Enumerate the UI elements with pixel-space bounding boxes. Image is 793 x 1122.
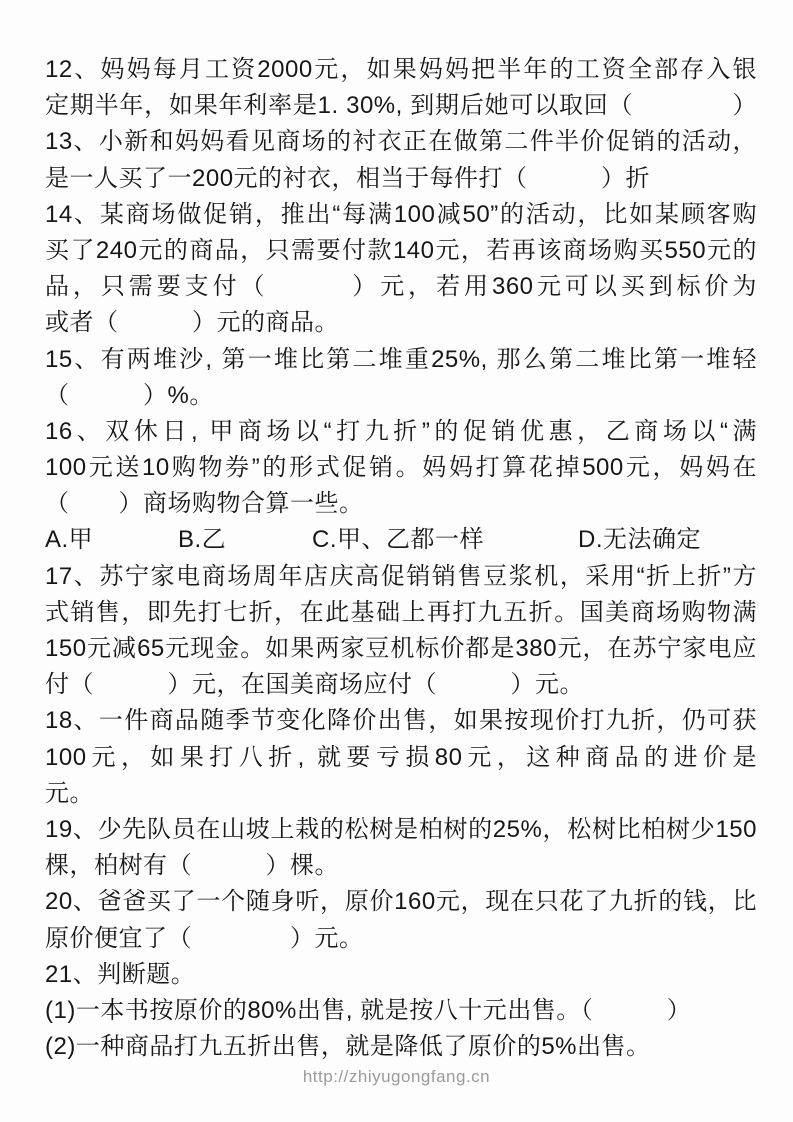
question-line: 定期半年，如果年利率是1. 30%, 到期后她可以取回（ ）元。 [45, 88, 757, 124]
question-line: 买了240元的商品，只需要付款140元，若再该商场购买550元的商 [45, 233, 757, 269]
choice-options-row: A.甲 B.乙 C.甲、乙都一样 D.无法确定 [45, 522, 757, 558]
question-17: 17、苏宁家电商场周年店庆高促销销售豆浆机，采用“折上折”方 式销售，即先打七折… [45, 559, 757, 704]
option-d: D.无法确定 [578, 522, 701, 558]
question-14: 14、某商场做促销，推出“每满100减50”的活动，比如某顾客购 买了240元的… [45, 197, 757, 342]
question-line: 14、某商场做促销，推出“每满100减50”的活动，比如某顾客购 [45, 197, 757, 233]
question-line: 100元送10购物券”的形式促销。妈妈打算花掉500元，妈妈在 [45, 450, 757, 486]
watermark-url: http://zhiyugongfang.cn [0, 1066, 793, 1088]
question-18: 18、一件商品随季节变化降价出售，如果按现价打九折，仍可获利 100元，如果打八… [45, 703, 757, 812]
question-line: 付（ ）元，在国美商场应付（ ）元。 [45, 667, 757, 703]
question-line: 品，只需要支付（ ）元，若用360元可以买到标价为（ ）元 [45, 269, 757, 305]
option-a: A.甲 [45, 522, 93, 558]
question-line: (1)一本书按原价的80%出售, 就是按八十元出售。（ ） [45, 993, 757, 1029]
question-line: 式销售，即先打七折，在此基础上再打九五折。国美商场购物满 [45, 595, 757, 631]
question-line: 21、判断题。 [45, 957, 757, 993]
question-line: 原价便宜了（ ）元。 [45, 921, 757, 957]
worksheet-content: 12、妈妈每月工资2000元，如果妈妈把半年的工资全部存入银行， 定期半年，如果… [45, 52, 757, 1065]
question-line: 元。 [45, 776, 757, 812]
worksheet-page: 12、妈妈每月工资2000元，如果妈妈把半年的工资全部存入银行， 定期半年，如果… [0, 0, 793, 1122]
option-b: B.乙 [178, 522, 226, 558]
question-line: 或者（ ）元的商品。 [45, 305, 757, 341]
question-line: (2)一种商品打九五折出售，就是降低了原价的5%出售。（ ） [45, 1029, 757, 1065]
question-19: 19、少先队员在山坡上栽的松树是柏树的25%，松树比柏树少150 棵，柏树有（ … [45, 812, 757, 884]
question-line: 19、少先队员在山坡上栽的松树是柏树的25%，松树比柏树少150 [45, 812, 757, 848]
question-line: 150元减65元现金。如果两家豆机标价都是380元，在苏宁家电应该 [45, 631, 757, 667]
question-21: 21、判断题。 (1)一本书按原价的80%出售, 就是按八十元出售。（ ） (2… [45, 957, 757, 1066]
question-16: 16、双休日, 甲商场以“打九折”的促销优惠，乙商场以“满 100元送10购物券… [45, 414, 757, 559]
question-line: 17、苏宁家电商场周年店庆高促销销售豆浆机，采用“折上折”方 [45, 559, 757, 595]
question-20: 20、爸爸买了一个随身听，原价160元，现在只花了九折的钱，比 原价便宜了（ ）… [45, 884, 757, 956]
question-line: 12、妈妈每月工资2000元，如果妈妈把半年的工资全部存入银行， [45, 52, 757, 88]
question-12: 12、妈妈每月工资2000元，如果妈妈把半年的工资全部存入银行， 定期半年，如果… [45, 52, 757, 124]
question-line: 100元，如果打八折, 就要亏损80元，这种商品的进价是（ ） [45, 740, 757, 776]
question-13: 13、小新和妈妈看见商场的衬衣正在做第二件半价促销的活动，于 是一人买了一200… [45, 124, 757, 196]
question-15: 15、有两堆沙, 第一堆比第二堆重25%, 那么第二堆比第一堆轻 （ ）%。 [45, 342, 757, 414]
question-line: 棵，柏树有（ ）棵。 [45, 848, 757, 884]
question-line: （ ）%。 [45, 378, 757, 414]
question-line: 是一人买了一200元的衬衣，相当于每件打（ ）折 [45, 161, 757, 197]
question-line: （ ）商场购物合算一些。 [45, 486, 757, 522]
question-line: 16、双休日, 甲商场以“打九折”的促销优惠，乙商场以“满 [45, 414, 757, 450]
option-c: C.甲、乙都一样 [312, 522, 484, 558]
question-line: 13、小新和妈妈看见商场的衬衣正在做第二件半价促销的活动，于 [45, 124, 757, 160]
question-line: 15、有两堆沙, 第一堆比第二堆重25%, 那么第二堆比第一堆轻 [45, 342, 757, 378]
question-line: 18、一件商品随季节变化降价出售，如果按现价打九折，仍可获利 [45, 703, 757, 739]
question-line: 20、爸爸买了一个随身听，原价160元，现在只花了九折的钱，比 [45, 884, 757, 920]
